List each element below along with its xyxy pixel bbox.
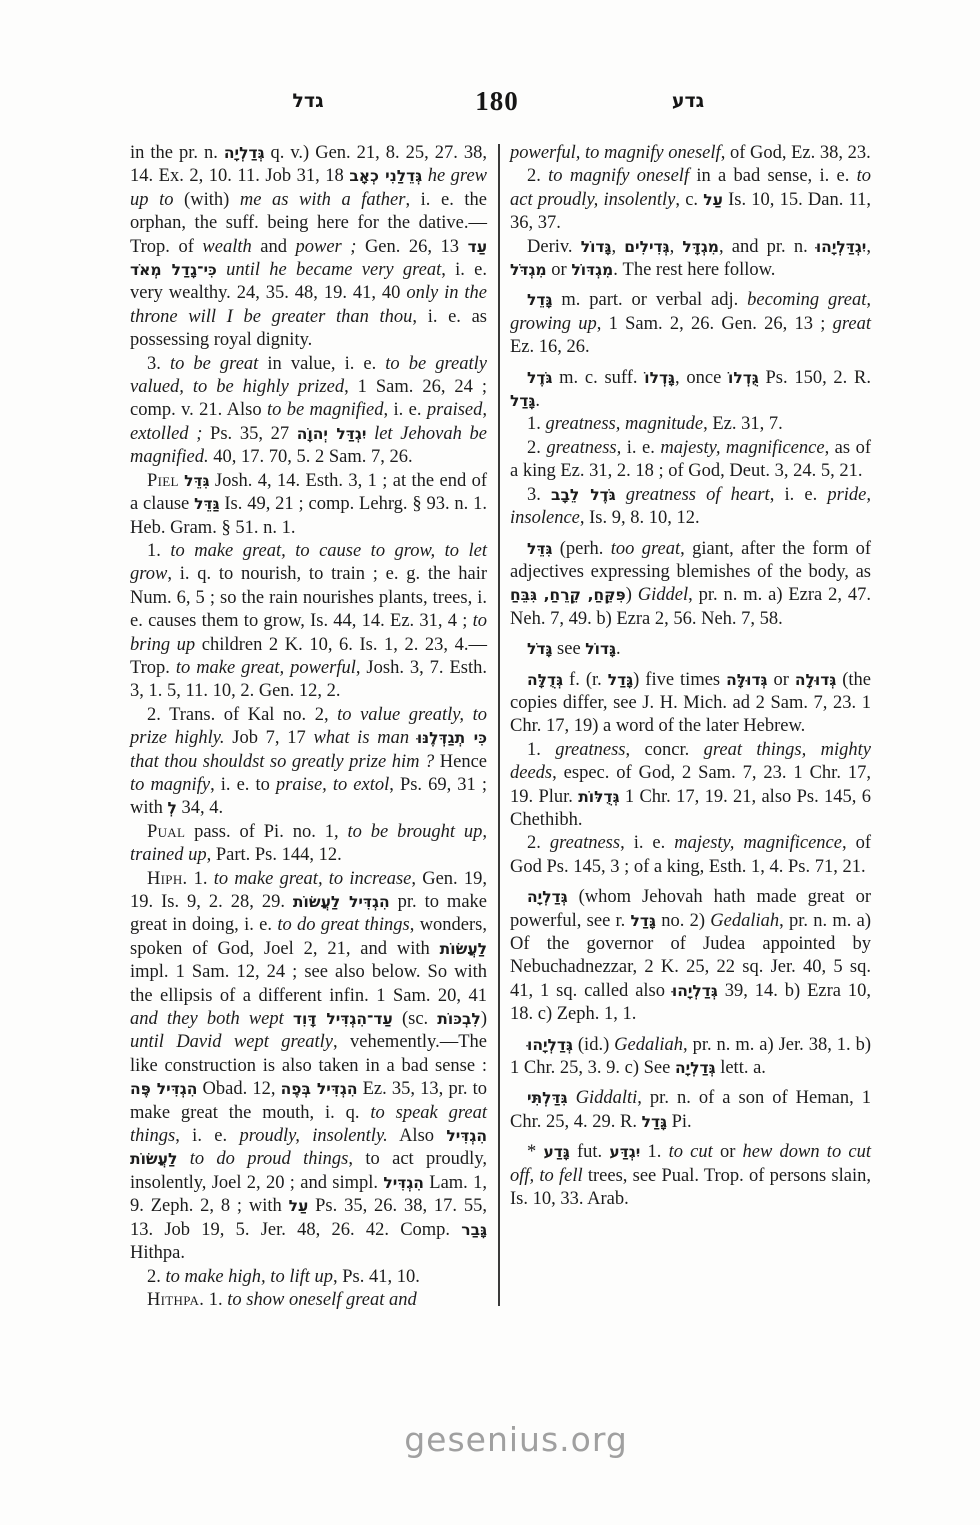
hebrew-text-run: גְּדֻלּוֹת (578, 788, 619, 806)
text-run: or (713, 1142, 743, 1162)
hebrew-text-run: גְּדַלְיָה (675, 1059, 716, 1077)
text-run: 1. (527, 414, 546, 434)
entry-paragraph: powerful, to magnify oneself, of God, Ez… (510, 142, 871, 165)
running-head: גדל 180 גדע (0, 86, 980, 120)
italic-text-run: to cut (669, 1142, 713, 1162)
italic-text-run: greatness, (546, 438, 621, 458)
italic-text-run: powerful, to magnify oneself (510, 143, 721, 163)
entry-paragraph: 1. greatness, magnitude, Ez. 31, 7. (510, 413, 871, 436)
text-run: , i. e. (620, 833, 674, 853)
italic-text-run: Giddel (638, 585, 688, 605)
text-run: , concr. (626, 740, 704, 760)
text-run: ) five times (633, 670, 726, 690)
entry-paragraph: 1. to make great, to cause to grow, to l… (130, 540, 487, 704)
text-run: 1. (204, 1290, 227, 1310)
italic-text-run: Gedaliah (614, 1035, 683, 1055)
hebrew-text-run: יִגְדַּל יְהוָֹה (297, 425, 367, 443)
entry-paragraph: 2. to magnify oneself in a bad sense, i.… (510, 165, 871, 235)
text-run: and (252, 237, 296, 257)
text-run: Ez. 16, 26. (510, 337, 590, 357)
hebrew-text-run: גָּדְלוֹ (644, 369, 675, 387)
text-run: , i. e. to (210, 775, 276, 795)
text-run: Deriv. (527, 237, 581, 257)
hebrew-text-run: הִגְדִּיל (383, 1174, 424, 1192)
column-divider-rule (498, 144, 500, 1306)
italic-text-run: too great (611, 539, 680, 559)
text-run: ) (626, 585, 638, 605)
text-run: m. c. suff. (552, 368, 644, 388)
scanned-lexicon-page: גדל 180 גדע in the pr. n. גְּדַלְיָה q. … (0, 0, 980, 1525)
italic-text-run: majesty, magnificence (660, 438, 824, 458)
hebrew-text-run: גִּדֵּל (527, 540, 552, 558)
text-run (409, 728, 417, 748)
hebrew-text-run: מִגְדָּל (682, 238, 719, 256)
italic-text-run: greatness (550, 833, 620, 853)
watermark: gesenius.org (404, 1420, 628, 1459)
text-body: in the pr. n. גְּדַלְיָה q. v.) Gen. 21,… (130, 142, 872, 1312)
text-run: , Is. 9, 8. 10, 12. (580, 508, 700, 528)
text-run: * (527, 1142, 543, 1162)
text-run: in a bad sense, i. e. (689, 166, 857, 186)
text-run: Hithpa. (130, 1243, 185, 1263)
text-run: pass. of Pi. no. 1, (185, 822, 347, 842)
italic-text-run: power ; (295, 237, 356, 257)
hebrew-text-run: גְּדֻלָּה (527, 671, 563, 689)
text-run: Obad. 12, (197, 1079, 280, 1099)
entry-paragraph: Hiph. 1. to make great, to increase, Gen… (130, 868, 487, 1266)
italic-text-run: greatness (555, 740, 625, 760)
hebrew-text-run: עַד־הִגְדִּיל דָּוִד (293, 1010, 393, 1028)
text-run: ) (481, 1009, 487, 1029)
entry-paragraph: 2. to make high, to lift up, Ps. 41, 10. (130, 1266, 487, 1289)
text-run: (perh. (552, 539, 610, 559)
italic-text-run: proudly, insolently. (239, 1126, 387, 1146)
entry-paragraph: 2. greatness, i. e. majesty, magnificenc… (510, 832, 871, 879)
text-run: , Ps. 41, 10. (333, 1267, 420, 1287)
hebrew-text-run: גְּדַלְיָהוּ (527, 1036, 573, 1054)
hebrew-text-run: הִגְדִּיל פֶּה (130, 1080, 197, 1098)
hebrew-text-run: לַעֲשׂוֹת (440, 940, 487, 958)
entry-paragraph: גְּדַלְיָה (whom Jehovah hath made great… (510, 886, 871, 1026)
text-run: , and pr. n. (719, 237, 816, 257)
text-run: , c. (675, 190, 703, 210)
text-run: . The rest here follow. (613, 260, 775, 280)
hebrew-text-run: גְּדוּלָה (795, 671, 836, 689)
italic-text-run: great (833, 314, 871, 334)
hebrew-text-run: גְּדִילִים (624, 238, 669, 256)
italic-text-run: to be great (170, 354, 258, 374)
text-run: Hence (434, 752, 487, 772)
entry-paragraph: גָּדֵל m. part. or verbal adj. becoming … (510, 289, 871, 359)
text-run: , i. e. (384, 400, 427, 420)
text-run: 2. (527, 438, 546, 458)
entry-paragraph: 1. greatness, concr. great things, might… (510, 739, 871, 833)
text-run: , once (675, 368, 728, 388)
text-run: , i. e. (175, 1126, 239, 1146)
text-run: in value, i. e. (258, 354, 385, 374)
text-run: 1. (640, 1142, 668, 1162)
hebrew-text-run: כִּי תְגַדְּלֶנּוּ (417, 729, 487, 747)
smallcaps-text-run: Hiph. (147, 869, 187, 889)
italic-text-run: what is man (313, 728, 409, 748)
entry-paragraph: גְּדֻלָּה f. (r. גָּדַל) five times גְּד… (510, 669, 871, 739)
text-run: , (866, 237, 871, 257)
hebrew-text-run: גְּדַלְיָה (224, 144, 265, 162)
italic-text-run: wealth (202, 237, 251, 257)
page-number: 180 (475, 86, 519, 117)
hebrew-text-run: גָּדֵל (527, 291, 552, 309)
italic-text-run: praise, to extol (276, 775, 389, 795)
hebrew-text-run: גָּבַר (461, 1221, 487, 1239)
text-run: Job 7, 17 (225, 728, 314, 748)
hebrew-text-run: לְ (168, 799, 177, 817)
italic-text-run: to magnify (130, 775, 210, 795)
text-run: f. (r. (563, 670, 608, 690)
text-run: Ps. 150, 2. R. (759, 368, 871, 388)
italic-text-run: greatness of heart (616, 485, 770, 505)
smallcaps-text-run: Hithpa. (147, 1290, 204, 1310)
entry-paragraph: 2. Trans. of Kal no. 2, to value greatly… (130, 704, 487, 821)
hebrew-text-run: גָּדַל (642, 1113, 667, 1131)
entry-paragraph: in the pr. n. גְּדַלְיָה q. v.) Gen. 21,… (130, 142, 487, 353)
entry-paragraph: 3. to be great in value, i. e. to be gre… (130, 353, 487, 470)
text-run: (with) (184, 190, 240, 210)
hebrew-text-run: גְּדֵלַנִי כְאָב (349, 167, 422, 185)
italic-text-run: to magnify oneself (548, 166, 689, 186)
text-run: , 1 Sam. 2, 26. Gen. 26, 13 ; (597, 314, 833, 334)
entry-paragraph: גֹּדֶל m. c. suff. גָּדְלוֹ, once גֻּדְל… (510, 367, 871, 414)
entry-paragraph: 3. גֹּדֶל לֵבָב greatness of heart, i. e… (510, 484, 871, 531)
text-run: or (547, 260, 572, 280)
italic-text-run: that thou shouldst so greatly prize him … (130, 752, 434, 772)
text-run: . (616, 639, 621, 659)
hebrew-text-run: גָּדַע (543, 1143, 569, 1161)
text-run: no. 2) (656, 911, 710, 931)
hebrew-text-run: גֹּדֶל לֵבָב (551, 486, 616, 504)
hebrew-text-run: יִגְדַּע (609, 1143, 640, 1161)
text-run (568, 1088, 576, 1108)
hebrew-text-run: גְּדוּלָּה (726, 671, 767, 689)
text-run: fut. (570, 1142, 610, 1162)
hebrew-text-run: הִגְדִּיל בְּפֶה (281, 1080, 358, 1098)
text-run: 1. (187, 869, 213, 889)
smallcaps-text-run: Piel (147, 471, 179, 491)
smallcaps-text-run: Pual (147, 822, 185, 842)
text-run: 3. (527, 485, 551, 505)
italic-text-run: Geda­liah (710, 911, 779, 931)
hebrew-text-run: גָּדֹל (527, 640, 552, 658)
italic-text-run: to do great things (277, 915, 409, 935)
entry-paragraph: * גָּדַע fut. יִגְדַּע 1. to cut or hew … (510, 1141, 871, 1211)
entry-paragraph: גָּדֹל see גָּדוֹל. (510, 638, 871, 661)
text-run: , i. e. (770, 485, 828, 505)
text-run: , Part. Ps. 144, 12. (207, 845, 342, 865)
header-catchword-right: גדע (672, 90, 704, 112)
text-run: i. e. (621, 438, 660, 458)
text-run: see (552, 639, 585, 659)
text-run: Ps. 35, 27 (202, 424, 296, 444)
entry-paragraph: Pual pass. of Pi. no. 1, to be brought u… (130, 821, 487, 868)
text-run: (id.) (573, 1035, 614, 1055)
text-run: Also (388, 1126, 447, 1146)
italic-text-run: Giddalti (576, 1088, 638, 1108)
hebrew-text-run: גְּדַלְיָה (527, 888, 568, 906)
italic-text-run: to show oneself great and (227, 1290, 416, 1310)
hebrew-text-run: עַל (289, 1197, 309, 1215)
hebrew-text-run: הִגְדִּיל לַעֲשׂוֹת (293, 893, 390, 911)
entry-paragraph: Deriv. גָּדוֹל, גְּדִילִים, מִגְדָּל, an… (510, 236, 871, 283)
column-right: powerful, to magnify oneself, of God, Ez… (510, 142, 871, 1312)
text-run: , i. q. to nourish, to train ; e. g. the… (130, 564, 487, 631)
hebrew-text-run: מִגְדֹּל (510, 261, 547, 279)
header-catchword-left: גדל (292, 90, 323, 112)
text-run: 2. Trans. of Kal no. 2, (147, 705, 337, 725)
text-run: impl. 1 Sam. 12, 24 ; see also below. So… (130, 962, 487, 1005)
text-run: , Ez. 31, 7. (703, 414, 783, 434)
text-run: 34, 4. (177, 798, 223, 818)
hebrew-text-run: גָּדוֹל (581, 238, 612, 256)
text-run: , of God, Ez. 38, 23. (721, 143, 871, 163)
italic-text-run: greatness, magnitude (546, 414, 704, 434)
text-run: 2. (147, 1267, 166, 1287)
hebrew-text-run: פִּקֵּחַ, קֵרֵחַ, גִּבֵּחַ (510, 586, 626, 604)
hebrew-text-run: גֻּדְלוֹ (728, 369, 759, 387)
hebrew-text-run: מִגְדּוֹל (571, 261, 613, 279)
hebrew-text-run: גֹּדֶל (527, 369, 552, 387)
italic-text-run: to make great, powerful (176, 658, 356, 678)
text-run: lett. a. (716, 1058, 766, 1078)
text-run: or (767, 670, 794, 690)
hebrew-text-run: גַּדֵּל (194, 495, 219, 513)
text-run: Gen. 26, 13 (356, 237, 467, 257)
text-run: 1. (147, 541, 170, 561)
italic-text-run: me as with a father (240, 190, 406, 210)
entry-paragraph: Piel גִּדֵּל Josh. 4, 14. Esth. 3, 1 ; a… (130, 470, 487, 540)
hebrew-text-run: גָּדוֹל (585, 640, 616, 658)
hebrew-text-run: גָּדַל (510, 392, 535, 410)
text-run: 2. (527, 166, 548, 186)
entry-paragraph: גְּדַלְיָהוּ (id.) Gedaliah, pr. n. m. a… (510, 1034, 871, 1081)
column-left: in the pr. n. גְּדַלְיָה q. v.) Gen. 21,… (130, 142, 487, 1312)
text-run: 1. (527, 740, 555, 760)
entry-paragraph: Hithpa. 1. to show oneself great and (130, 1289, 487, 1312)
italic-text-run: to do proud things (177, 1149, 348, 1169)
text-run: , (670, 237, 683, 257)
italic-text-run: to make great, to increase (214, 869, 412, 889)
italic-text-run: until he became very great (217, 260, 441, 280)
hebrew-text-run: גָּדַל (608, 671, 633, 689)
hebrew-text-run: גִּדַּלְתִּי (527, 1089, 568, 1107)
entry-paragraph: גִּדַּלְתִּי Giddalti, pr. n. of a son o… (510, 1087, 871, 1134)
text-run: 3. (147, 354, 170, 374)
entry-paragraph: גִּדֵּל (perh. too great, giant, after t… (510, 538, 871, 632)
italic-text-run: to make high, to lift up (166, 1267, 334, 1287)
text-run: 2. (527, 833, 550, 853)
hebrew-text-run: גִּדֵּל (184, 472, 209, 490)
text-run: , (611, 237, 624, 257)
italic-text-run: to be magnified (267, 400, 384, 420)
hebrew-text-run: לִבְכּוֹת (437, 1010, 481, 1028)
text-run: Pi. (667, 1112, 692, 1132)
text-run: m. part. or verbal adj. (552, 290, 747, 310)
italic-text-run: until David wept greatly (130, 1032, 333, 1052)
text-run: 40, 17. 70, 5. 2 Sam. 7, 26. (209, 447, 413, 467)
text-run: (sc. (393, 1009, 437, 1029)
hebrew-text-run: גְּדַלְיָהוּ (672, 982, 718, 1000)
italic-text-run: and they both wept (130, 1009, 293, 1029)
text-run: in the pr. n. (130, 143, 224, 163)
hebrew-text-run: גָּדַל (631, 912, 656, 930)
italic-text-run: majesty, magnificence (674, 833, 842, 853)
hebrew-text-run: עַל (703, 191, 723, 209)
entry-paragraph: 2. greatness, i. e. majesty, magnificenc… (510, 437, 871, 484)
hebrew-text-run: יִגְדַּלְיָהוּ (816, 238, 867, 256)
text-run: . (535, 391, 540, 411)
